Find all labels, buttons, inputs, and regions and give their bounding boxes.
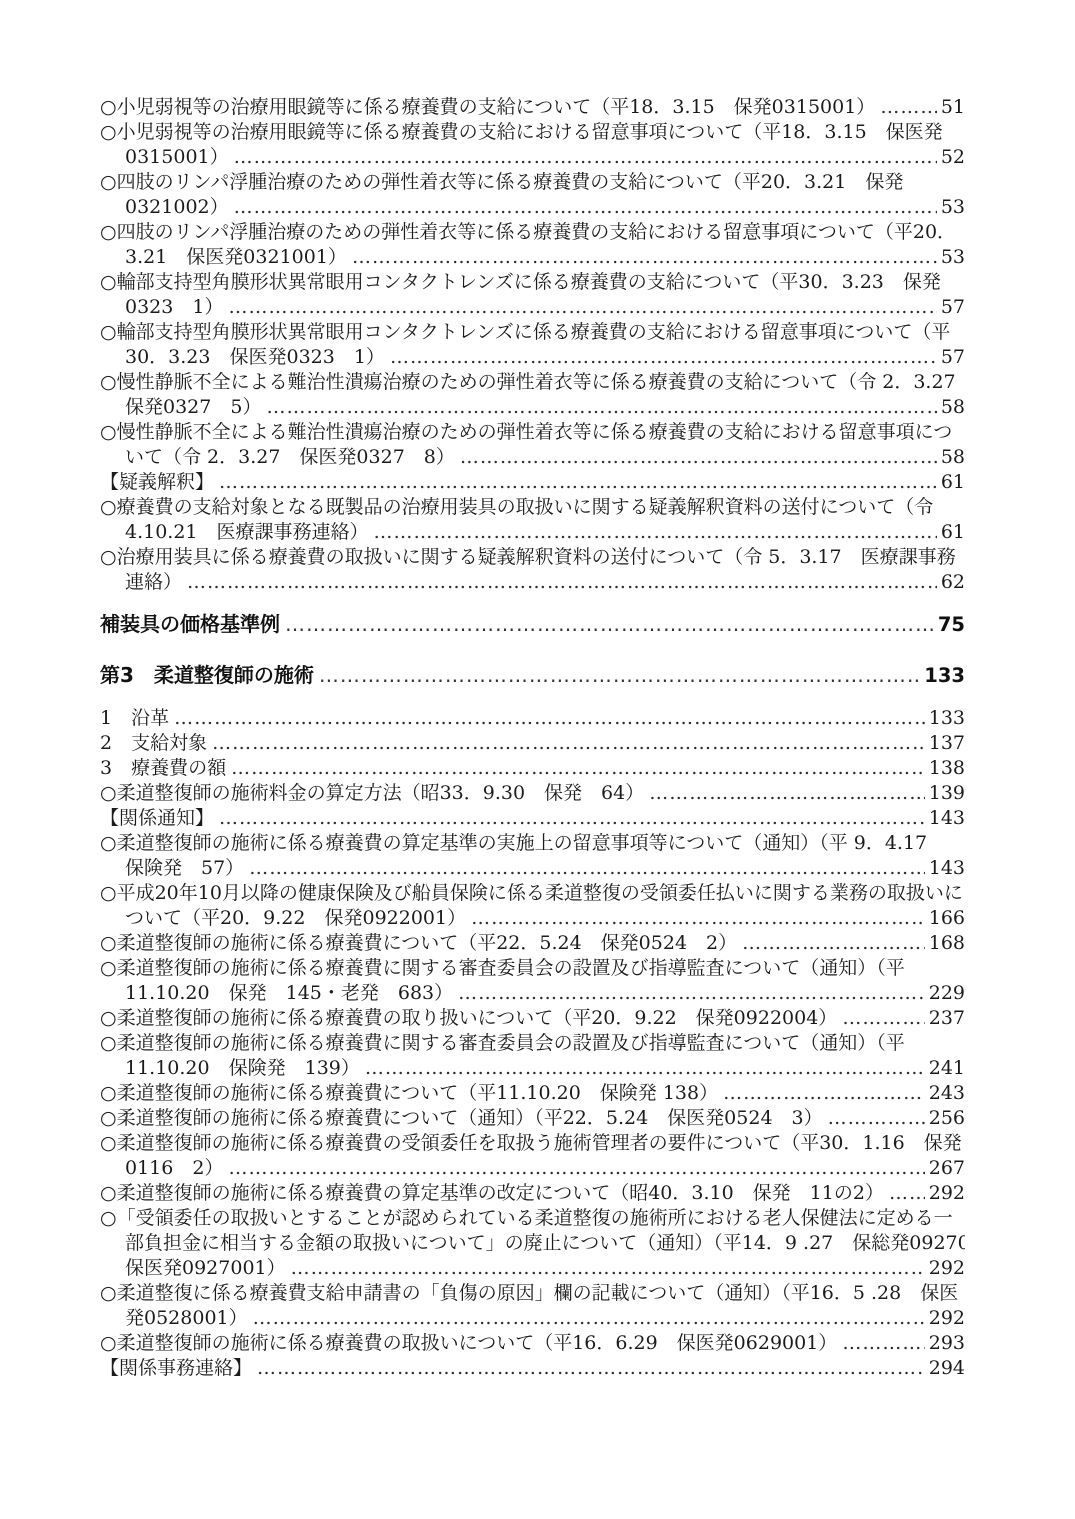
dot-leader <box>234 145 937 170</box>
dot-leader <box>460 445 937 470</box>
toc-entry-item: ○輪部支持型角膜形状異常眼用コンタクトレンズに係る療養費の支給における留意事項に… <box>100 320 965 370</box>
toc-entry-item: ○柔道整復に係る療養費支給申請書の「負傷の原因」欄の記載について（通知）（平16… <box>100 1281 965 1331</box>
dot-leader <box>458 981 925 1006</box>
dot-leader <box>842 1006 924 1031</box>
page-number: 168 <box>927 931 965 956</box>
dot-leader <box>889 1181 925 1206</box>
toc-entry-text: 補装具の価格基準例 <box>100 611 280 637</box>
toc-entry-item: ○柔道整復師の施術に係る療養費について（通知）（平22．5.24 保医発0524… <box>100 1106 965 1131</box>
toc-entry-line: ○「受領委任の取扱いとすることが認められている柔道整復の施術所における老人保健法… <box>100 1206 965 1231</box>
toc-entry-last-line: ○柔道整復師の施術に係る療養費の取り扱いについて（平20．9.22 保発0922… <box>100 1006 965 1031</box>
toc-entry-item: ○柔道整復師の施術に係る療養費の受領委任を取扱う施術管理者の要件について（平30… <box>100 1131 965 1181</box>
dot-leader <box>257 1356 925 1381</box>
page-number: 166 <box>927 906 965 931</box>
toc-entry-last-line: 連絡）62 <box>100 570 965 595</box>
toc-entry-text: ○柔道整復師の施術に係る療養費の算定基準の改定について（昭40．3.10 保発 … <box>100 1181 884 1206</box>
page-number: 293 <box>927 1331 965 1356</box>
toc-entry-line: ○四肢のリンパ浮腫治療のための弾性着衣等に係る療養費の支給における留意事項につい… <box>100 220 965 245</box>
toc-entry-last-line: ○柔道整復師の施術に係る療養費について（平11.10.20 保険発 138）24… <box>100 1081 965 1106</box>
page-number: 51 <box>939 95 965 120</box>
toc-entry-text: ○柔道整復師の施術に係る療養費の取扱いについて（平16．6.29 保医発0629… <box>100 1331 837 1356</box>
toc-entry-item: ○慢性静脈不全による難治性潰瘍治療のための弾性着衣等に係る療養費の支給における留… <box>100 420 965 470</box>
toc-entry-item: ○柔道整復師の施術に係る療養費に関する審査委員会の設置及び指導監査について（通知… <box>100 956 965 1006</box>
page-number: 75 <box>936 612 965 638</box>
dot-leader <box>365 1056 925 1081</box>
toc-entry-last-line: 【関係事務連絡】294 <box>100 1356 965 1381</box>
page-number: 139 <box>927 781 965 806</box>
toc-entry-last-line: 【疑義解釈】61 <box>100 470 965 495</box>
toc-entry-last-line: 11.10.20 保発 145・老発 683）229 <box>100 981 965 1006</box>
toc-entry-text: 【関係事務連絡】 <box>100 1356 252 1381</box>
toc-entry-item: ○柔道整復師の施術に係る療養費の取り扱いについて（平20．9.22 保発0922… <box>100 1006 965 1031</box>
dot-leader <box>723 1081 925 1106</box>
toc-entry-line: ○治療用装具に係る療養費の取扱いに関する疑義解釈資料の送付について（令 5．3.… <box>100 545 965 570</box>
toc-entry-text: ついて（平20．9.22 保発0922001） <box>125 906 466 931</box>
toc-entry-last-line: 保険発 57）143 <box>100 856 965 881</box>
toc-entry-line: 部負担金に相当する金額の取扱いについて」の廃止について（通知）（平14．9 .2… <box>100 1231 965 1256</box>
toc-entry-last-line: 保医発0927001）292 <box>100 1256 965 1281</box>
toc-entry-last-line: 2 支給対象137 <box>100 731 965 756</box>
toc-entry-line: ○四肢のリンパ浮腫治療のための弾性着衣等に係る療養費の支給について（平20．3.… <box>100 170 965 195</box>
toc-entry-line: ○輪部支持型角膜形状異常眼用コンタクトレンズに係る療養費の支給について（平30．… <box>100 270 965 295</box>
page-number: 58 <box>939 445 965 470</box>
toc-entry-item: ○小児弱視等の治療用眼鏡等に係る療養費の支給における留意事項について（平18．3… <box>100 120 965 170</box>
toc-entry-item: ○平成20年10月以降の健康保険及び船員保険に係る柔道整復の受領委任払いに関する… <box>100 881 965 931</box>
toc-entry-text: 0323 1） <box>125 295 223 320</box>
toc-entry-last-line: いて（令 2．3.27 保医発0327 8）58 <box>100 445 965 470</box>
page-number: 133 <box>927 706 965 731</box>
page-number: 58 <box>939 395 965 420</box>
page-number: 294 <box>927 1356 965 1381</box>
dot-leader <box>471 906 925 931</box>
toc-entry-text: ○小児弱視等の治療用眼鏡等に係る療養費の支給について（平18．3.15 保発03… <box>100 95 875 120</box>
dot-leader <box>174 706 925 731</box>
toc-entry-last-line: 3.21 保医発0321001）53 <box>100 245 965 270</box>
toc-entry-last-line: 補装具の価格基準例75 <box>100 611 965 638</box>
toc-entry-item: ○柔道整復師の施術に係る療養費の取扱いについて（平16．6.29 保医発0629… <box>100 1331 965 1356</box>
page-number: 57 <box>939 295 965 320</box>
page-number: 61 <box>939 470 965 495</box>
page-number: 229 <box>927 981 965 1006</box>
dot-leader <box>231 756 925 781</box>
toc-entry-text: 30．3.23 保医発0323 1） <box>125 345 385 370</box>
toc-entry-line: ○柔道整復師の施術に係る療養費に関する審査委員会の設置及び指導監査について（通知… <box>100 1031 965 1056</box>
toc-entry-last-line: ついて（平20．9.22 保発0922001）166 <box>100 906 965 931</box>
toc-entry-text: 【関係通知】 <box>100 806 214 831</box>
dot-leader <box>285 611 934 637</box>
toc-entry-text: いて（令 2．3.27 保医発0327 8） <box>125 445 455 470</box>
toc-entry-text: 1 沿革 <box>100 706 169 731</box>
toc-entry-text: 連絡） <box>125 570 182 595</box>
toc-entry-text: 保発0327 5） <box>125 395 261 420</box>
toc-entry-item: ○柔道整復師の施術に係る療養費の算定基準の実施上の留意事項等について（通知）（平… <box>100 831 965 881</box>
toc-entry-item: ○四肢のリンパ浮腫治療のための弾性着衣等に係る療養費の支給における留意事項につい… <box>100 220 965 270</box>
toc-entry-item: ○柔道整復師の施術料金の算定方法（昭33．9.30 保発 64）139 <box>100 781 965 806</box>
page-number: 133 <box>922 663 965 689</box>
toc-entry-numbered: 2 支給対象137 <box>100 731 965 756</box>
toc-entry-item: ○柔道整復師の施術に係る療養費の算定基準の改定について（昭40．3.10 保発 … <box>100 1181 965 1206</box>
toc-entry-line: ○輪部支持型角膜形状異常眼用コンタクトレンズに係る療養費の支給における留意事項に… <box>100 320 965 345</box>
page-number: 57 <box>939 345 965 370</box>
toc-entry-text: 0321002） <box>125 195 229 220</box>
dot-leader <box>390 345 937 370</box>
toc-entry-last-line: ○柔道整復師の施術に係る療養費の取扱いについて（平16．6.29 保医発0629… <box>100 1331 965 1356</box>
toc-entry-item: ○慢性静脈不全による難治性潰瘍治療のための弾性着衣等に係る療養費の支給について（… <box>100 370 965 420</box>
dot-leader <box>742 931 925 956</box>
dot-leader <box>219 806 925 831</box>
dot-leader <box>228 1156 924 1181</box>
toc-entry-chapter: 第3 柔道整復師の施術133 <box>100 662 965 689</box>
toc-entry-text: 3.21 保医発0321001） <box>125 245 347 270</box>
toc-entry-text: 11.10.20 保険発 139） <box>125 1056 360 1081</box>
dot-leader <box>253 1306 925 1331</box>
dot-leader <box>374 520 937 545</box>
toc-entry-text: ○柔道整復師の施術に係る療養費について（通知）（平22．5.24 保医発0524… <box>100 1106 823 1131</box>
dot-leader <box>291 1256 925 1281</box>
toc-entry-item: ○柔道整復師の施術に係る療養費について（平11.10.20 保険発 138）24… <box>100 1081 965 1106</box>
toc-entry-last-line: 3 療養費の額138 <box>100 756 965 781</box>
toc-entry-line: ○柔道整復師の施術に係る療養費の受領委任を取扱う施術管理者の要件について（平30… <box>100 1131 965 1156</box>
toc-entry-line: ○小児弱視等の治療用眼鏡等に係る療養費の支給における留意事項について（平18．3… <box>100 120 965 145</box>
toc-entry-text: ○柔道整復師の施術に係る療養費について（平22．5.24 保発0524 2） <box>100 931 737 956</box>
toc-entry-item: ○柔道整復師の施術に係る療養費について（平22．5.24 保発0524 2）16… <box>100 931 965 956</box>
toc-entry-last-line: ○小児弱視等の治療用眼鏡等に係る療養費の支給について（平18．3.15 保発03… <box>100 95 965 120</box>
toc-entry-last-line: 1 沿革133 <box>100 706 965 731</box>
dot-leader <box>228 295 936 320</box>
page-number: 292 <box>927 1256 965 1281</box>
page-number: 267 <box>927 1156 965 1181</box>
toc-entry-text: 3 療養費の額 <box>100 756 226 781</box>
toc-entry-text: 発0528001） <box>125 1306 248 1331</box>
toc-entry-last-line: 【関係通知】143 <box>100 806 965 831</box>
toc-entry-line: ○柔道整復師の施術に係る療養費に関する審査委員会の設置及び指導監査について（通知… <box>100 956 965 981</box>
dot-leader <box>234 195 937 220</box>
page-number: 53 <box>939 245 965 270</box>
dot-leader <box>319 662 920 688</box>
toc-entry-line: ○療養費の支給対象となる既製品の治療用装具の取扱いに関する疑義解釈資料の送付につ… <box>100 495 965 520</box>
toc-entry-item: ○小児弱視等の治療用眼鏡等に係る療養費の支給について（平18．3.15 保発03… <box>100 95 965 120</box>
toc-entry-numbered: 1 沿革133 <box>100 706 965 731</box>
dot-leader <box>187 570 937 595</box>
page-number: 138 <box>927 756 965 781</box>
page-number: 241 <box>927 1056 965 1081</box>
toc-entry-item: ○輪部支持型角膜形状異常眼用コンタクトレンズに係る療養費の支給について（平30．… <box>100 270 965 320</box>
dot-leader <box>352 245 937 270</box>
toc-entry-text: 2 支給対象 <box>100 731 207 756</box>
page-number: 53 <box>939 195 965 220</box>
toc-entry-last-line: 0315001）52 <box>100 145 965 170</box>
toc-entry-item: ○治療用装具に係る療養費の取扱いに関する疑義解釈資料の送付について（令 5．3.… <box>100 545 965 595</box>
page-number: 61 <box>939 520 965 545</box>
dot-leader <box>219 470 937 495</box>
toc-entry-last-line: 第3 柔道整復師の施術133 <box>100 662 965 689</box>
page-number: 143 <box>927 856 965 881</box>
toc-entry-last-line: ○柔道整復師の施術に係る療養費について（通知）（平22．5.24 保医発0524… <box>100 1106 965 1131</box>
toc-entry-line: ○平成20年10月以降の健康保険及び船員保険に係る柔道整復の受領委任払いに関する… <box>100 881 965 906</box>
toc-entry-text: 第3 柔道整復師の施術 <box>100 662 314 688</box>
page-number: 52 <box>939 145 965 170</box>
toc-entry-section: 補装具の価格基準例75 <box>100 611 965 638</box>
toc-entry-line: ○慢性静脈不全による難治性潰瘍治療のための弾性着衣等に係る療養費の支給における留… <box>100 420 965 445</box>
page-number: 237 <box>927 1006 965 1031</box>
toc-entry-label: 【疑義解釈】61 <box>100 470 965 495</box>
dot-leader <box>842 1331 924 1356</box>
toc-entry-label: 【関係通知】143 <box>100 806 965 831</box>
toc-entry-line: ○柔道整復に係る療養費支給申請書の「負傷の原因」欄の記載について（通知）（平16… <box>100 1281 965 1306</box>
dot-leader <box>266 395 936 420</box>
toc-entry-text: 保医発0927001） <box>125 1256 286 1281</box>
page-number: 137 <box>927 731 965 756</box>
page-number: 292 <box>927 1306 965 1331</box>
toc-entry-last-line: 発0528001）292 <box>100 1306 965 1331</box>
table-of-contents: ○小児弱視等の治療用眼鏡等に係る療養費の支給について（平18．3.15 保発03… <box>100 95 965 1381</box>
dot-leader <box>828 1106 925 1131</box>
page-number: 292 <box>927 1181 965 1206</box>
toc-entry-last-line: ○柔道整復師の施術に係る療養費について（平22．5.24 保発0524 2）16… <box>100 931 965 956</box>
toc-entry-label: 【関係事務連絡】294 <box>100 1356 965 1381</box>
page-number: 256 <box>927 1106 965 1131</box>
toc-entry-item: ○「受領委任の取扱いとすることが認められている柔道整復の施術所における老人保健法… <box>100 1206 965 1281</box>
toc-entry-text: 11.10.20 保発 145・老発 683） <box>125 981 453 1006</box>
toc-entry-last-line: 4.10.21 医療課事務連絡）61 <box>100 520 965 545</box>
toc-entry-item: ○四肢のリンパ浮腫治療のための弾性着衣等に係る療養費の支給について（平20．3.… <box>100 170 965 220</box>
toc-entry-last-line: 0116 2）267 <box>100 1156 965 1181</box>
toc-entry-last-line: 0321002）53 <box>100 195 965 220</box>
toc-entry-item: ○療養費の支給対象となる既製品の治療用装具の取扱いに関する疑義解釈資料の送付につ… <box>100 495 965 545</box>
toc-entry-numbered: 3 療養費の額138 <box>100 756 965 781</box>
toc-entry-text: 【疑義解釈】 <box>100 470 214 495</box>
toc-entry-item: ○柔道整復師の施術に係る療養費に関する審査委員会の設置及び指導監査について（通知… <box>100 1031 965 1081</box>
toc-entry-last-line: ○柔道整復師の施術料金の算定方法（昭33．9.30 保発 64）139 <box>100 781 965 806</box>
toc-entry-text: 0116 2） <box>125 1156 223 1181</box>
toc-entry-last-line: 保発0327 5）58 <box>100 395 965 420</box>
toc-entry-last-line: 11.10.20 保険発 139）241 <box>100 1056 965 1081</box>
dot-leader <box>249 856 925 881</box>
page-number: 243 <box>927 1081 965 1106</box>
toc-entry-line: ○慢性静脈不全による難治性潰瘍治療のための弾性着衣等に係る療養費の支給について（… <box>100 370 965 395</box>
toc-entry-text: 0315001） <box>125 145 229 170</box>
toc-entry-text: 保険発 57） <box>125 856 244 881</box>
dot-leader <box>212 731 925 756</box>
toc-entry-text: 4.10.21 医療課事務連絡） <box>125 520 369 545</box>
toc-entry-line: ○柔道整復師の施術に係る療養費の算定基準の実施上の留意事項等について（通知）（平… <box>100 831 965 856</box>
toc-entry-last-line: 30．3.23 保医発0323 1）57 <box>100 345 965 370</box>
document-page: ○小児弱視等の治療用眼鏡等に係る療養費の支給について（平18．3.15 保発03… <box>0 0 1075 1519</box>
toc-entry-text: ○柔道整復師の施術料金の算定方法（昭33．9.30 保発 64） <box>100 781 644 806</box>
toc-entry-last-line: 0323 1）57 <box>100 295 965 320</box>
toc-entry-last-line: ○柔道整復師の施術に係る療養費の算定基準の改定について（昭40．3.10 保発 … <box>100 1181 965 1206</box>
toc-entry-text: ○柔道整復師の施術に係る療養費の取り扱いについて（平20．9.22 保発0922… <box>100 1006 837 1031</box>
dot-leader <box>880 95 937 120</box>
toc-entry-text: ○柔道整復師の施術に係る療養費について（平11.10.20 保険発 138） <box>100 1081 718 1106</box>
page-number: 62 <box>939 570 965 595</box>
dot-leader <box>649 781 924 806</box>
page-number: 143 <box>927 806 965 831</box>
